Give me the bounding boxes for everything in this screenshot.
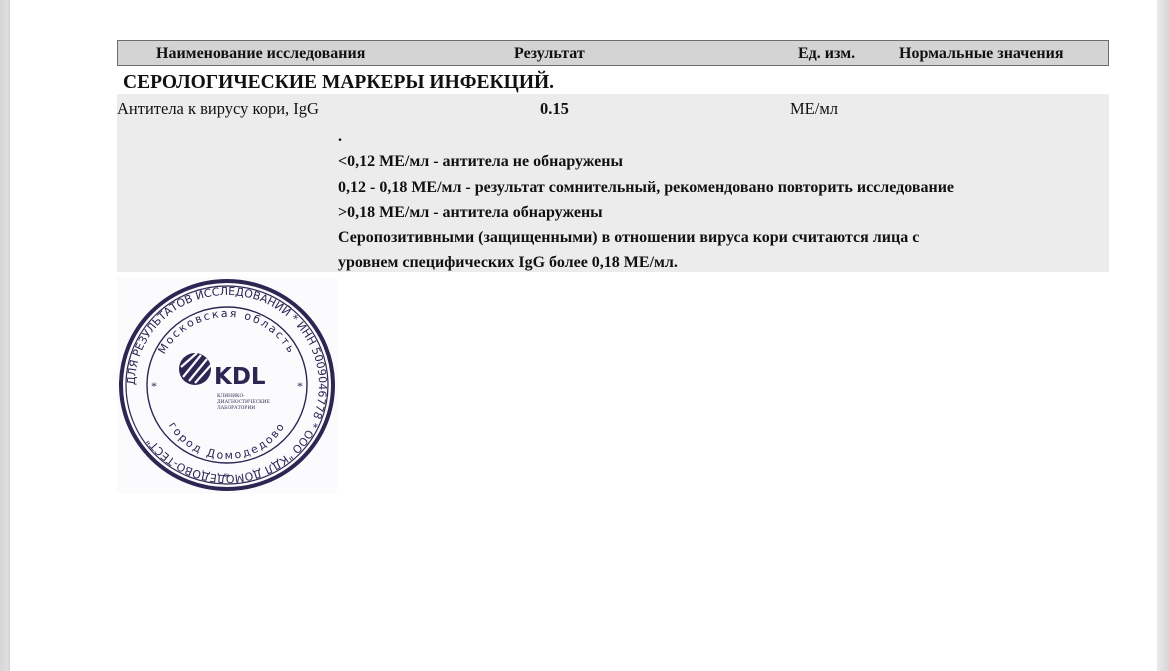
- test-result: 0.15: [540, 99, 569, 119]
- kdl-logo-icon: KDL КЛИНИКО- ДИАГНОСТИЧЕСКИЕ ЛАБОРАТОРИИ: [179, 353, 270, 411]
- svg-text:KDL: KDL: [214, 364, 266, 390]
- svg-text:город Домодедово: город Домодедово: [166, 420, 288, 463]
- comment-line: 0,12 - 0,18 МЕ/мл - результат сомнительн…: [338, 175, 954, 200]
- svg-text:ДИАГНОСТИЧЕСКИЕ: ДИАГНОСТИЧЕСКИЕ: [217, 399, 270, 405]
- header-norm: Нормальные значения: [899, 41, 1064, 67]
- test-comment: . <0,12 МЕ/мл - антитела не обнаружены 0…: [338, 124, 954, 276]
- svg-text:*: *: [297, 379, 303, 393]
- test-name: Антитела к вирусу кори, IgG: [117, 99, 319, 119]
- lab-stamp: ДЛЯ РЕЗУЛЬТАТОВ ИССЛЕДОВАНИЙ * ИНН 50090…: [117, 277, 337, 493]
- table-header: Наименование исследования Результат Ед. …: [117, 40, 1109, 66]
- svg-text:КЛИНИКО-: КЛИНИКО-: [217, 393, 245, 399]
- viewer-left-margin: [0, 0, 10, 671]
- header-unit: Ед. изм.: [798, 41, 855, 67]
- svg-text:*: *: [224, 470, 230, 484]
- header-name: Наименование исследования: [156, 41, 365, 67]
- section-title: СЕРОЛОГИЧЕСКИЕ МАРКЕРЫ ИНФЕКЦИЙ.: [123, 70, 554, 96]
- table-row: Антитела к вирусу кори, IgG 0.15 МЕ/мл .…: [117, 94, 1109, 272]
- header-result: Результат: [514, 41, 585, 67]
- comment-line: Серопозитивными (защищенными) в отношени…: [338, 225, 954, 250]
- comment-line: .: [338, 124, 954, 149]
- comment-line: уровнем специфических IgG более 0,18 МЕ/…: [338, 250, 954, 275]
- stamp-seal-icon: ДЛЯ РЕЗУЛЬТАТОВ ИССЛЕДОВАНИЙ * ИНН 50090…: [117, 277, 337, 493]
- svg-text:*: *: [151, 379, 157, 393]
- viewer-scrollbar-track[interactable]: [1157, 0, 1169, 671]
- svg-text:ЛАБОРАТОРИИ: ЛАБОРАТОРИИ: [217, 405, 255, 411]
- comment-line: <0,12 МЕ/мл - антитела не обнаружены: [338, 149, 954, 174]
- test-unit: МЕ/мл: [790, 99, 838, 119]
- svg-text:Московская область: Московская область: [156, 307, 299, 356]
- comment-line: >0,18 МЕ/мл - антитела обнаружены: [338, 200, 954, 225]
